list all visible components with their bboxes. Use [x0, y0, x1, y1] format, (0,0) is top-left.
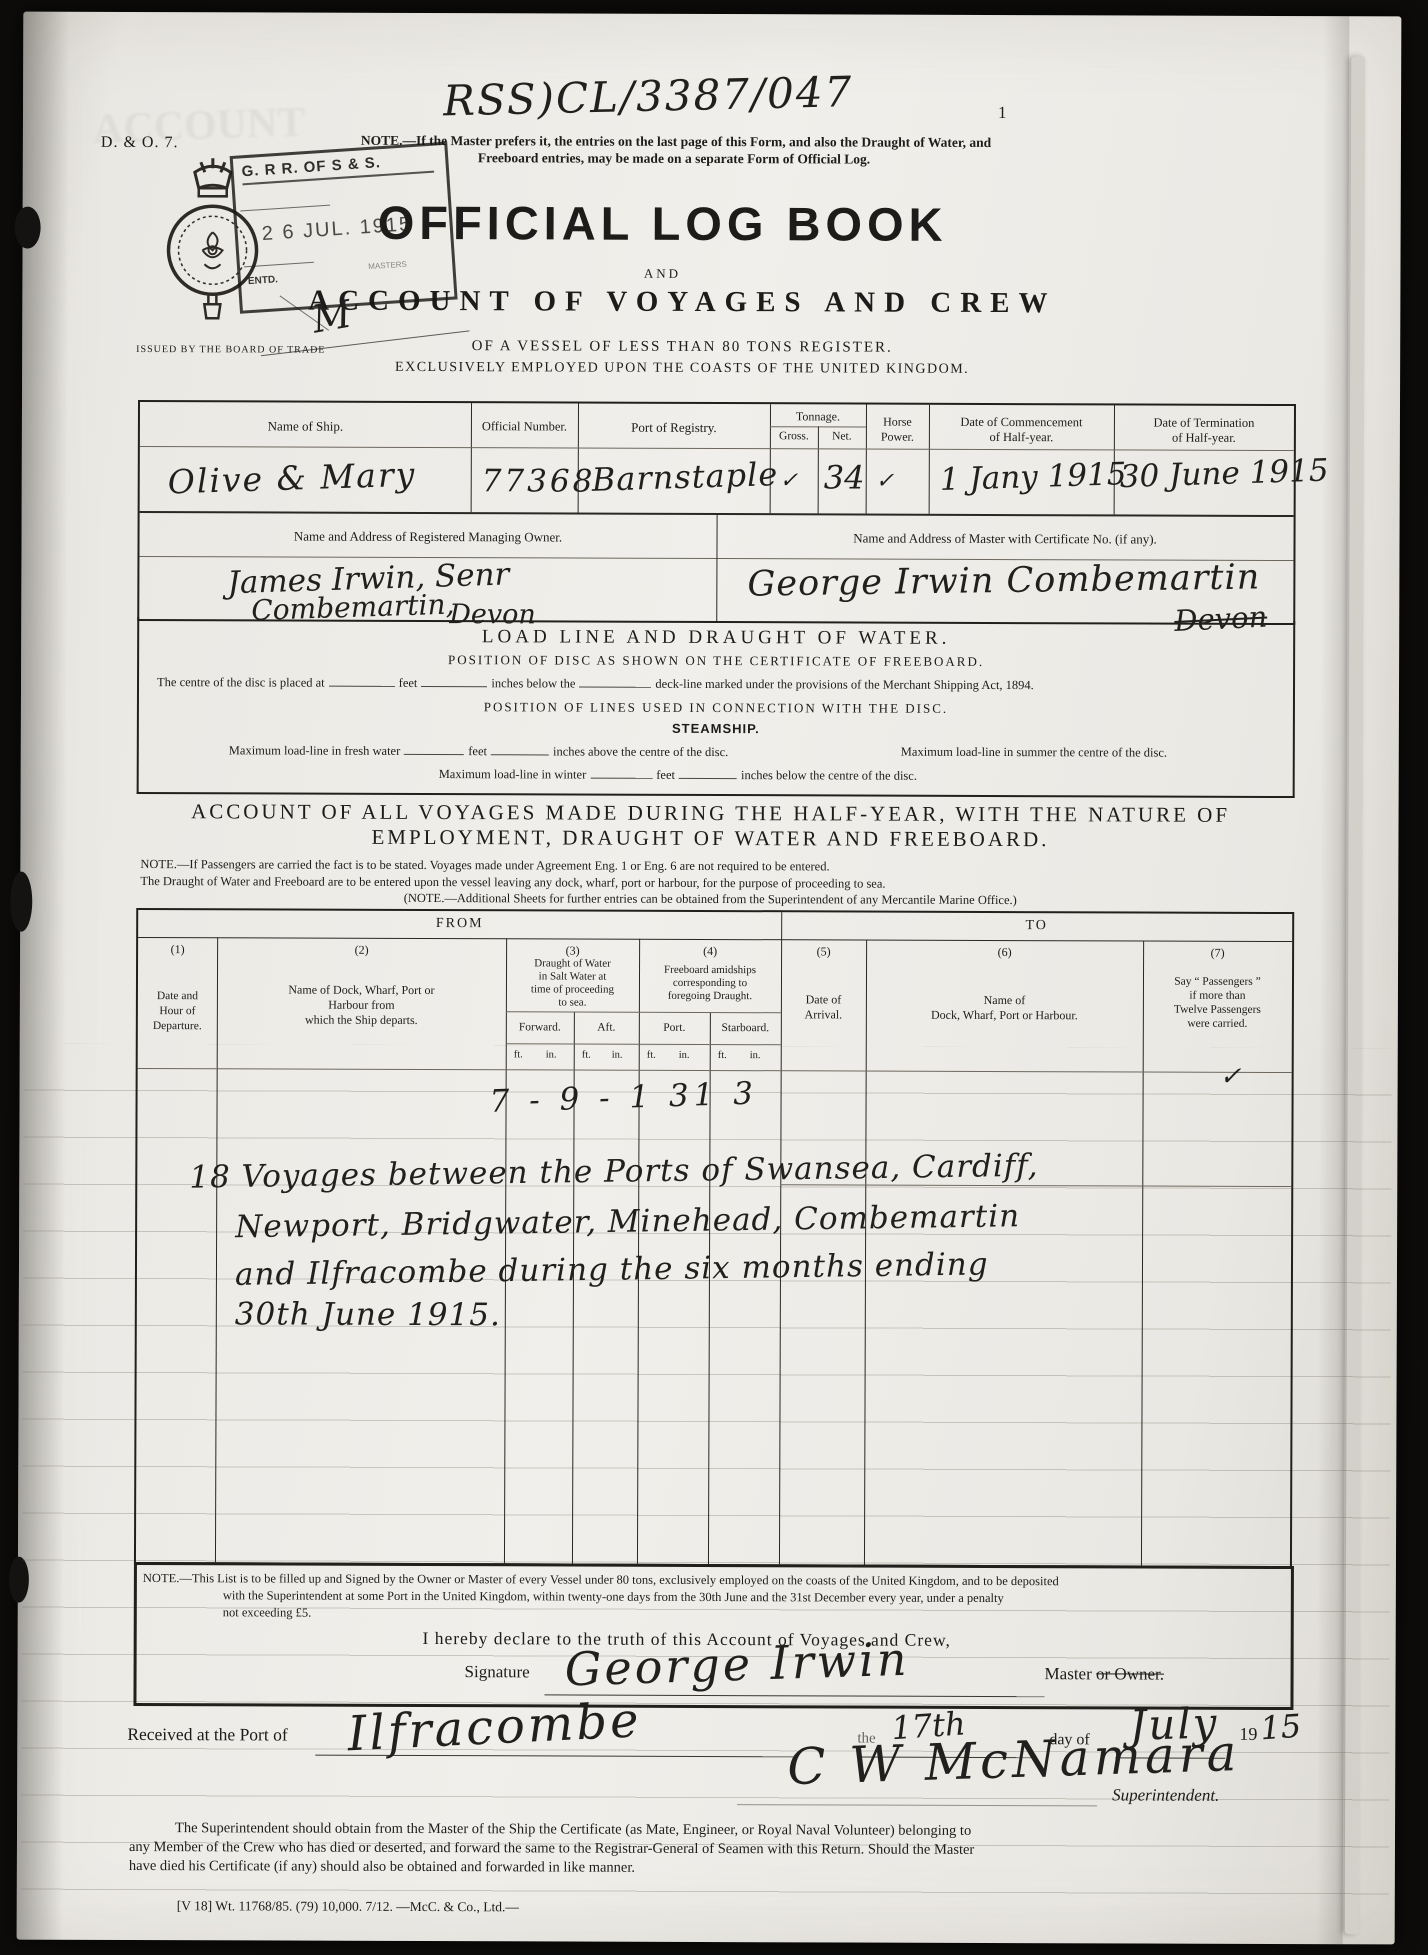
fresh-water-line: Maximum load-line in fresh waterfeetinch… — [229, 742, 729, 760]
footer-note-line2: with the Superintendent at some Port in … — [223, 1588, 1004, 1606]
col1-number: (1) — [138, 942, 217, 957]
vessel-line: OF A VESSEL OF LESS THAN 80 TONS REGISTE… — [322, 338, 1042, 358]
port-of-registry-value: Barnstaple — [591, 455, 779, 499]
master-word: Master — [1045, 1664, 1092, 1683]
unit-in: in. — [546, 1049, 557, 1060]
col1-label-2: Hour of — [138, 1005, 217, 1017]
unit-in: in. — [679, 1050, 690, 1061]
to-span-header: TO — [781, 917, 1292, 935]
ship-name-value: Olive & Mary — [167, 455, 417, 502]
col-header-commencement-1: Date of Commencement — [929, 415, 1114, 431]
header-note-line1: NOTE.—If the Master prefers it, the entr… — [361, 133, 991, 151]
ship-details-table: Name of Ship. Official Number. Port of R… — [137, 400, 1296, 625]
header-note-line2: Freeboard entries, may be made on a sepa… — [478, 150, 870, 167]
col-header-horse-power-2: Power. — [866, 430, 929, 445]
unit-ft: ft. — [718, 1050, 727, 1061]
col-header-tonnage: Tonnage. — [770, 409, 866, 424]
stamp-office-text: G. R R. OF S & S. — [241, 151, 434, 186]
col4-number: (4) — [639, 944, 781, 959]
account-note-1: NOTE.—If Passengers are carried the fact… — [140, 857, 829, 874]
summer-line: Maximum load-line in summer the centre o… — [901, 745, 1167, 761]
col7-number: (7) — [1143, 946, 1292, 962]
centre-part2: feet — [399, 676, 418, 690]
winter-line: Maximum load-line in winterfeetinches be… — [439, 766, 917, 784]
disc-centre-line: The centre of the disc is placed atfeeti… — [157, 674, 1034, 693]
col-header-name-of-ship: Name of Ship. — [140, 418, 471, 435]
col-header-commencement-2: of Half-year. — [929, 430, 1114, 446]
received-at-port-label: Received at the Port of — [127, 1724, 287, 1746]
account-note-3: (NOTE.—Additional Sheets for further ent… — [80, 890, 1340, 909]
closing-para-line2: any Member of the Crew who has died or d… — [129, 1839, 974, 1859]
col7-label-4: were carried. — [1143, 1018, 1292, 1031]
net-tonnage-value: 34 — [824, 458, 865, 496]
scanned-document: ACCOUNT RSS)CL/3387/047 1 D. & O. 7. NOT… — [0, 0, 1428, 1955]
printer-imprint: [V 18] Wt. 11768/85. (79) 10,000. 7/12. … — [177, 1898, 519, 1915]
centre-part3: inches below the — [491, 676, 575, 690]
col5-number: (5) — [781, 944, 866, 959]
load-line-section: LOAD LINE AND DRAUGHT OF WATER. POSITION… — [137, 617, 1296, 798]
unit-ft: ft. — [647, 1050, 656, 1061]
employed-line: EXCLUSIVELY EMPLOYED UPON THE COASTS OF … — [282, 360, 1082, 379]
col4-label-2: corresponding to — [639, 977, 781, 989]
col-header-official-number: Official Number. — [471, 419, 578, 434]
fresh-part2: feet — [468, 744, 487, 758]
closing-para-line1: The Superintendent should obtain from th… — [175, 1820, 971, 1840]
col-header-termination-2: of Half-year. — [1114, 430, 1294, 446]
col2-label-3: which the Ship departs. — [217, 1012, 506, 1028]
master-signature-handwriting: George Irwin — [564, 1632, 910, 1697]
col3-label-3: time of proceeding — [506, 983, 639, 995]
unit-in: in. — [750, 1050, 761, 1061]
account-heading-2: EMPLOYMENT, DRAUGHT OF WATER AND FREEBOA… — [80, 824, 1340, 853]
steamship-label: STEAMSHIP. — [139, 719, 1293, 738]
gross-tonnage-checkmark: ✓ — [780, 468, 799, 493]
col7-label-2: if more than — [1143, 990, 1292, 1003]
col2-label-2: Harbour from — [217, 997, 506, 1013]
winter-part3: inches below the centre of the disc. — [741, 768, 917, 783]
stamp-date: 2 6 JUL. 1915 — [261, 213, 413, 246]
position-of-lines: POSITION OF LINES USED IN CONNECTION WIT… — [139, 698, 1293, 718]
col5-label-2: Arrival. — [781, 1007, 866, 1022]
page-number: 1 — [998, 103, 1007, 123]
account-note-2: The Draught of Water and Freeboard are t… — [140, 874, 885, 892]
official-number-value: 77368 — [482, 463, 596, 499]
stamp-masters-label: MASTERS — [368, 260, 407, 272]
forward-label: Forward. — [506, 1021, 574, 1033]
col2-label-1: Name of Dock, Wharf, Port or — [217, 982, 506, 998]
form-code: D. & O. 7. — [101, 134, 179, 152]
passengers-checkmark: ✓ — [1220, 1062, 1242, 1092]
col6-number: (6) — [866, 945, 1143, 961]
master-column-header: Name and Address of Master with Certific… — [717, 530, 1294, 548]
col2-number: (2) — [217, 942, 506, 958]
termination-date-value: 30 June 1915 — [1119, 453, 1329, 496]
aft-label: Aft. — [574, 1022, 639, 1034]
year-written-handwriting: 15 — [1259, 1707, 1302, 1748]
col3-label-4: to sea. — [506, 996, 639, 1008]
col-header-port-of-registry: Port of Registry. — [578, 420, 770, 437]
centre-part4: deck-line marked under the provisions of… — [655, 677, 1033, 692]
fresh-part3: inches above the centre of the disc. — [553, 744, 728, 759]
archive-reference-handwriting: RSS)CL/3387/047 — [443, 67, 854, 125]
fresh-part1: Maximum load-line in fresh water — [229, 743, 401, 758]
col1-label-3: Departure. — [138, 1020, 217, 1032]
footer-note-box: NOTE.—This List is to be filled up and S… — [133, 1562, 1293, 1710]
unit-ft: ft. — [582, 1050, 591, 1061]
unit-in: in. — [612, 1050, 623, 1061]
col7-label-1: Say “ Passengers ” — [1143, 976, 1292, 989]
voyage-note-line3: and Ilfracombe during the six months end… — [235, 1246, 989, 1293]
col1-label-1: Date and — [138, 990, 217, 1002]
master-name-value: George Irwin Combemartin — [747, 557, 1260, 604]
voyage-note-line4: 30th June 1915. — [235, 1296, 501, 1333]
centre-part1: The centre of the disc is placed at — [157, 675, 325, 690]
col6-label-1: Name of — [866, 993, 1143, 1009]
col-header-termination-1: Date of Termination — [1114, 415, 1294, 431]
load-line-title: LOAD LINE AND DRAUGHT OF WATER. — [139, 625, 1293, 651]
scan-blemish — [15, 207, 41, 249]
col3-label-1: Draught of Water — [506, 957, 639, 969]
col6-label-2: Dock, Wharf, Port or Harbour. — [866, 1008, 1143, 1024]
receipt-stamp: G. R R. OF S & S. 2 6 JUL. 1915 ENTD. MA… — [230, 142, 458, 314]
winter-part1: Maximum load-line in winter — [439, 767, 587, 782]
col5-label-1: Date of — [781, 992, 866, 1007]
col4-label-3: foregoing Draught. — [639, 990, 781, 1002]
voyage-note-line1: 18 Voyages between the Ports of Swansea,… — [189, 1148, 1039, 1196]
owner-column-header: Name and Address of Registered Managing … — [140, 528, 717, 546]
scan-blemish — [10, 872, 32, 932]
col7-label-3: Twelve Passengers — [1143, 1004, 1292, 1017]
footer-note-line1: NOTE.—This List is to be filled up and S… — [143, 1571, 1059, 1589]
master-or-owner-label: Master or Owner. — [1045, 1664, 1165, 1684]
draught-entry-handwriting: 7 - 9 - 1 31 3 — [489, 1075, 758, 1119]
signature-label: Signature — [465, 1662, 530, 1682]
col-header-horse-power-1: Horse — [866, 415, 929, 430]
winter-part2: feet — [656, 768, 675, 782]
port-label: Port. — [639, 1022, 710, 1034]
horse-power-checkmark: ✓ — [876, 469, 895, 494]
closing-para-line3: have died his Certificate (if any) shoul… — [129, 1858, 635, 1877]
year-printed: 19 — [1239, 1724, 1257, 1745]
col-header-net: Net. — [818, 430, 866, 442]
stamp-entd-label: ENTD. — [248, 274, 279, 287]
stamp-initials-handwriting: M — [309, 292, 355, 342]
col4-label-1: Freeboard amidships — [639, 964, 781, 976]
footer-note-line3: not exceeding £5. — [223, 1605, 312, 1620]
or-owner-struck: or Owner. — [1096, 1664, 1164, 1683]
superintendent-label: Superintendent. — [1112, 1785, 1219, 1805]
starboard-label: Starboard. — [710, 1022, 781, 1034]
voyage-table: FROM TO (1) Date and Hour of Departure. … — [134, 908, 1294, 1568]
unit-ft: ft. — [514, 1049, 523, 1060]
disc-position-line: POSITION OF DISC AS SHOWN ON THE CERTIFI… — [139, 651, 1293, 671]
voyage-note-line2: Newport, Bridgwater, Minehead, Combemart… — [235, 1198, 1020, 1245]
commencement-date-value: 1 Jany 1915 — [939, 456, 1127, 498]
from-span-header: FROM — [138, 915, 781, 933]
col-header-gross: Gross. — [770, 430, 818, 442]
col3-label-2: in Salt Water at — [506, 970, 639, 982]
log-book-page: ACCOUNT RSS)CL/3387/047 1 D. & O. 7. NOT… — [17, 12, 1402, 1945]
